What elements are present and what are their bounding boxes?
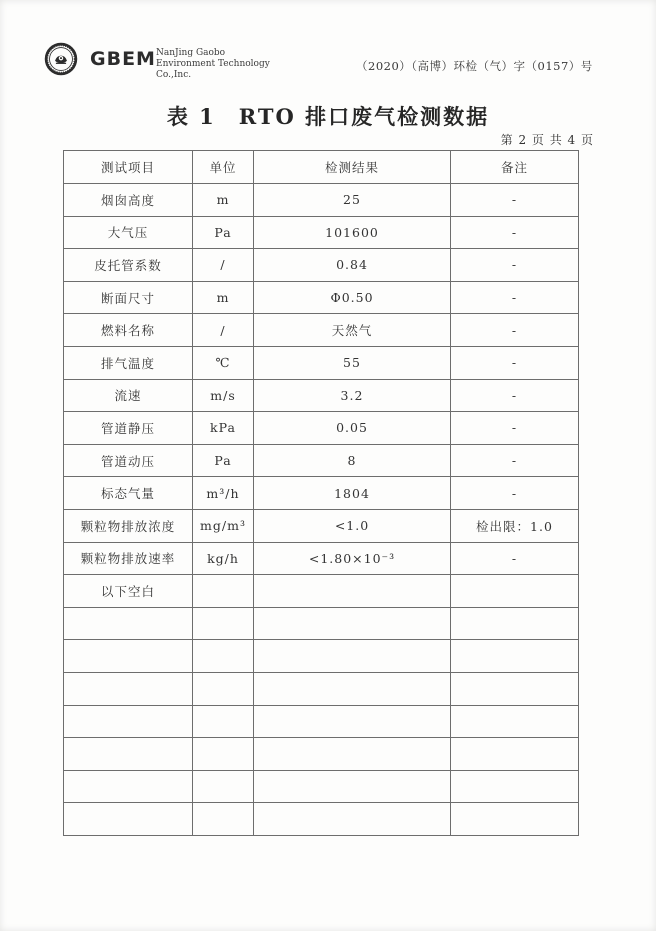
table-row (64, 803, 579, 836)
company-name-line2: Environment Technology (156, 59, 270, 70)
table-row: 以下空白 (64, 575, 579, 608)
table-cell (451, 705, 579, 738)
table-cell: 以下空白 (64, 575, 193, 608)
table-row (64, 705, 579, 738)
table-row (64, 640, 579, 673)
table-cell: - (451, 542, 579, 575)
table-cell (193, 575, 254, 608)
table-cell: 标态气量 (64, 477, 193, 510)
table-cell (64, 705, 193, 738)
table-cell: Pa (193, 444, 254, 477)
page-indicator: 第 2 页 共 4 页 (501, 131, 594, 148)
table-cell: kg/h (193, 542, 254, 575)
table-cell (254, 575, 451, 608)
table-cell: 皮托管系数 (64, 249, 193, 282)
table-cell: - (451, 216, 579, 249)
table-cell: 颗粒物排放浓度 (64, 509, 193, 542)
table-cell: / (193, 314, 254, 347)
table-cell: 管道动压 (64, 444, 193, 477)
table-cell: m (193, 281, 254, 314)
table-cell: <1.0 (254, 509, 451, 542)
table-cell (451, 770, 579, 803)
table-title: 表 1 RTO 排口废气检测数据 (0, 101, 656, 131)
table-cell: - (451, 314, 579, 347)
table-cell (193, 640, 254, 673)
table-cell: 断面尺寸 (64, 281, 193, 314)
table-cell (451, 738, 579, 771)
table-cell: - (451, 281, 579, 314)
table-cell: - (451, 249, 579, 282)
table-row: 标态气量m³/h1804- (64, 477, 579, 510)
document-page: GBEM NanJing Gaobo Environment Technolog… (0, 0, 656, 931)
table-cell: 101600 (254, 216, 451, 249)
table-cell: / (193, 249, 254, 282)
table-cell: m/s (193, 379, 254, 412)
table-cell (64, 607, 193, 640)
company-logo: GBEM (44, 42, 156, 76)
table-cell (254, 607, 451, 640)
table-cell: 烟囱高度 (64, 184, 193, 217)
table-cell: - (451, 346, 579, 379)
company-name-line1: NanJing Gaobo (156, 48, 270, 59)
table-cell: 天然气 (254, 314, 451, 347)
table-cell: 25 (254, 184, 451, 217)
table-cell (254, 738, 451, 771)
table-cell: Φ0.50 (254, 281, 451, 314)
table-cell: <1.80×10⁻³ (254, 542, 451, 575)
table-cell (193, 705, 254, 738)
column-header-result: 检测结果 (254, 151, 451, 184)
table-cell: Pa (193, 216, 254, 249)
column-header-unit: 单位 (193, 151, 254, 184)
table-row: 大气压Pa101600- (64, 216, 579, 249)
table-cell: 管道静压 (64, 412, 193, 445)
table-cell (254, 803, 451, 836)
company-name: NanJing Gaobo Environment Technology Co.… (156, 48, 270, 81)
table-cell: - (451, 379, 579, 412)
table-cell: - (451, 477, 579, 510)
table-cell (64, 672, 193, 705)
table-cell: m³/h (193, 477, 254, 510)
table-cell (451, 803, 579, 836)
table-cell: - (451, 412, 579, 445)
column-header-note: 备注 (451, 151, 579, 184)
table-cell (193, 607, 254, 640)
table-cell (64, 803, 193, 836)
company-name-line3: Co.,Inc. (156, 70, 270, 81)
table-cell: 流速 (64, 379, 193, 412)
logo-text: GBEM (90, 48, 156, 70)
report-number: （2020）（高博）环检（气）字（0157）号 (356, 58, 593, 74)
table-cell (254, 770, 451, 803)
table-cell (193, 672, 254, 705)
table-cell: 燃料名称 (64, 314, 193, 347)
table-cell: 55 (254, 346, 451, 379)
table-header-row: 测试项目 单位 检测结果 备注 (64, 151, 579, 184)
table-cell: mg/m³ (193, 509, 254, 542)
table-cell: m (193, 184, 254, 217)
results-table-body: 烟囱高度m25-大气压Pa101600-皮托管系数/0.84-断面尺寸mΦ0.5… (64, 184, 579, 836)
column-header-test-item: 测试项目 (64, 151, 193, 184)
table-cell: ℃ (193, 346, 254, 379)
table-row: 断面尺寸mΦ0.50- (64, 281, 579, 314)
table-row (64, 738, 579, 771)
table-row: 管道动压Pa8- (64, 444, 579, 477)
table-cell (451, 607, 579, 640)
table-cell (254, 705, 451, 738)
table-cell: kPa (193, 412, 254, 445)
table-row: 颗粒物排放浓度mg/m³<1.0检出限：1.0 (64, 509, 579, 542)
table-cell: 8 (254, 444, 451, 477)
table-cell: - (451, 444, 579, 477)
table-cell (64, 770, 193, 803)
table-row (64, 672, 579, 705)
table-cell: 1804 (254, 477, 451, 510)
table-row: 流速m/s3.2- (64, 379, 579, 412)
table-cell: - (451, 184, 579, 217)
table-cell: 颗粒物排放速率 (64, 542, 193, 575)
table-cell (193, 738, 254, 771)
table-row: 烟囱高度m25- (64, 184, 579, 217)
table-cell (451, 640, 579, 673)
table-cell (451, 672, 579, 705)
table-cell (451, 575, 579, 608)
report-header: GBEM NanJing Gaobo Environment Technolog… (0, 0, 656, 100)
table-cell (64, 738, 193, 771)
table-cell (64, 640, 193, 673)
table-row: 管道静压kPa0.05- (64, 412, 579, 445)
table-row: 燃料名称/天然气- (64, 314, 579, 347)
table-row: 排气温度℃55- (64, 346, 579, 379)
table-row (64, 770, 579, 803)
table-cell (254, 640, 451, 673)
table-row: 皮托管系数/0.84- (64, 249, 579, 282)
gbem-seal-icon (44, 42, 78, 76)
results-table: 测试项目 单位 检测结果 备注 烟囱高度m25-大气压Pa101600-皮托管系… (63, 150, 579, 836)
table-cell (193, 803, 254, 836)
table-cell (254, 672, 451, 705)
table-cell: 3.2 (254, 379, 451, 412)
table-cell: 0.05 (254, 412, 451, 445)
table-cell: 0.84 (254, 249, 451, 282)
table-cell: 检出限：1.0 (451, 509, 579, 542)
table-row (64, 607, 579, 640)
table-cell (193, 770, 254, 803)
table-cell: 排气温度 (64, 346, 193, 379)
table-row: 颗粒物排放速率kg/h<1.80×10⁻³- (64, 542, 579, 575)
table-cell: 大气压 (64, 216, 193, 249)
